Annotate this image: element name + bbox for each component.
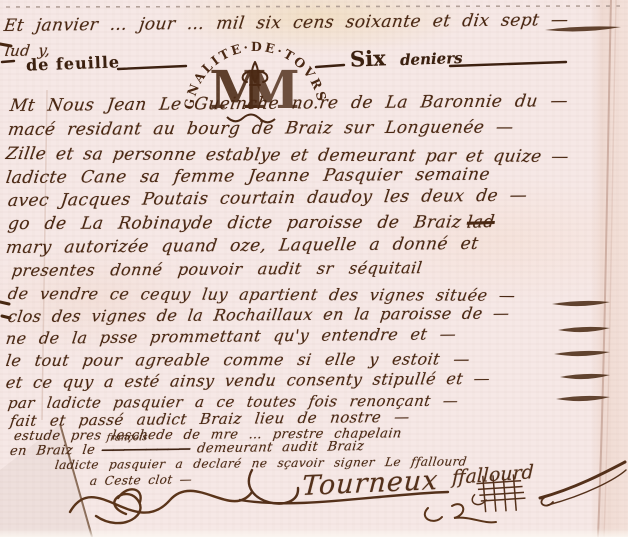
fee-unit-label: deniers <box>400 49 463 69</box>
line-filler-dashes <box>552 301 610 401</box>
page-top-edge-line <box>6 6 622 7</box>
manuscript-line: macé residant au bourg de Braiz sur Long… <box>7 117 515 140</box>
manuscript-line: le tout pour agreable comme si elle y es… <box>5 349 471 370</box>
scan-bottom-edge <box>0 528 628 537</box>
signature-secondary: ffallourd <box>452 461 534 489</box>
manuscript-line-text: go de La Robinayde dicte paroisse de Bra… <box>7 212 463 234</box>
signature-principal: Tourneux <box>301 465 439 502</box>
under-signature-squiggles <box>425 504 496 522</box>
manuscript-line: a Ceste clot — <box>89 472 193 488</box>
struck-phrase: ———————— <box>100 441 190 457</box>
right-crease <box>598 0 611 537</box>
right-crease-2 <box>604 0 616 537</box>
interline-insertion: françois <box>106 432 148 444</box>
manuscript-line: mary autorizée quand oze, Laquelle a don… <box>5 234 480 258</box>
manuscript-line: ne de la psse prommettant qu'y entendre … <box>5 324 458 348</box>
manuscript-line: ladicte Cane sa femme Jeanne Pasquier se… <box>5 165 492 188</box>
manuscript-line: de vendre ce cequy luy apartient des vig… <box>7 284 517 305</box>
fee-amount-label: Six <box>350 45 387 71</box>
struck-word: lad <box>466 212 496 233</box>
manuscript-line: et ce quy a esté ainsy vendu consenty st… <box>5 369 492 392</box>
manuscript-line: Zille et sa personne establye et demeura… <box>5 144 571 167</box>
manuscript-line: presentes donné pouvoir audit sr séquita… <box>11 258 424 280</box>
left-paraphe-flourish <box>70 489 252 523</box>
manuscript-line-text: demeurant audit Braiz <box>196 439 365 456</box>
manuscript-line-text: en Braiz le <box>9 443 96 459</box>
manuscript-line: Mt Nous Jean Le Gueinche no.re de La Bar… <box>9 91 570 116</box>
manuscript-line: go de La Robinayde dicte paroisse de Bra… <box>7 212 497 234</box>
date-line: Et janvier … jour … mil six cens soixant… <box>3 10 570 36</box>
manuscript-line: clos des vignes de la Rochaillaux en la … <box>7 303 511 326</box>
manuscript-line: avec Jacques Poutais courtain daudoy les… <box>7 186 529 211</box>
secondary-signature-flourish <box>540 462 626 506</box>
fee-left-label: de feuille <box>26 52 121 74</box>
manuscript-scan: GNALITE·DE·TOVRS M M Et janvier … jour …… <box>0 0 628 537</box>
